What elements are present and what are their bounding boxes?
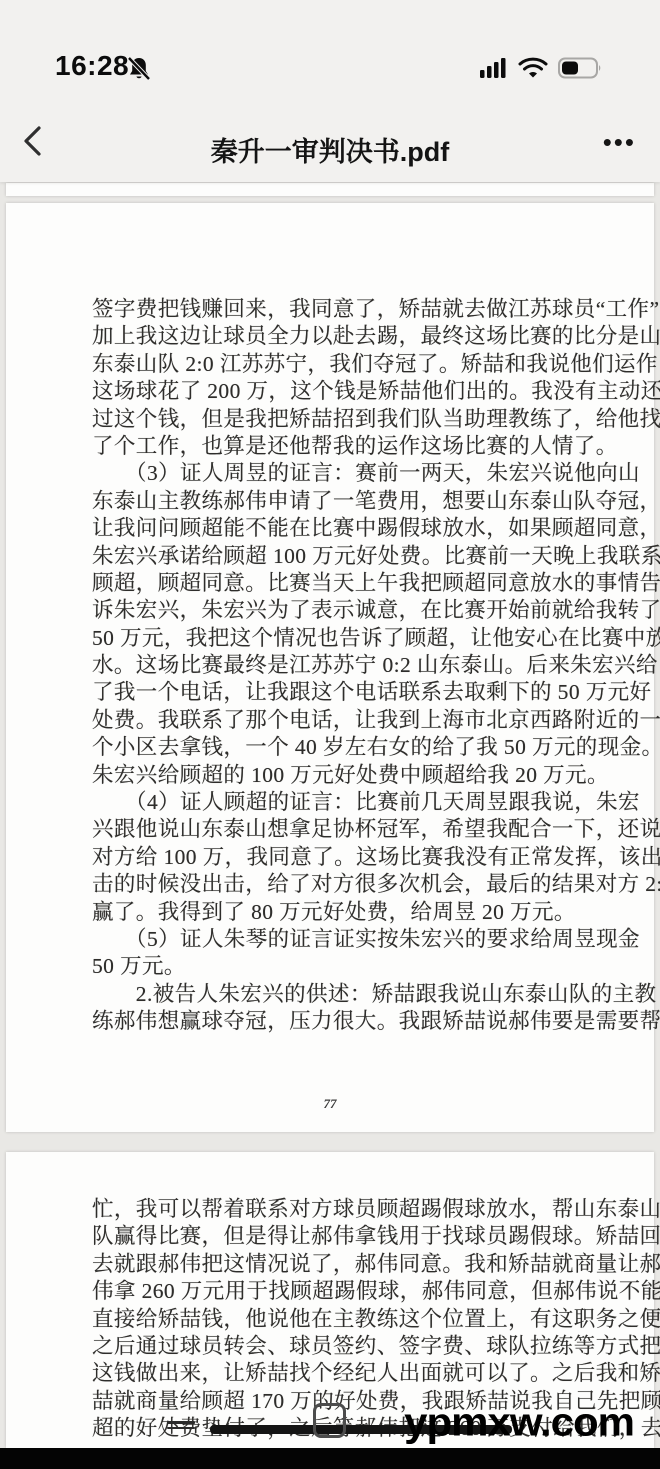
text-line: 朱宏兴给顾超的 100 万元好处费中顾超给我 20 万元。 — [92, 762, 592, 789]
text-line: 队赢得比赛，但是得让郝伟拿钱用于找球员踢假球。矫喆回 — [92, 1223, 592, 1250]
bottom-black-bar — [0, 1448, 660, 1469]
text-line: 了个工作，也算是还他帮我的运作这场比赛的人情了。 — [92, 433, 592, 460]
wifi-icon — [518, 57, 548, 79]
document-title: 秦升一审判决书.pdf — [110, 130, 550, 169]
text-line: 去就跟郝伟把这情况说了，郝伟同意。我和矫喆就商量让郝 — [92, 1251, 592, 1278]
text-line: 击的时候没出击，给了对方很多次机会，最后的结果对方 2:0 — [92, 871, 592, 898]
text-line: 个小区去拿钱，一个 40 岁左右女的给了我 50 万元的现金。 — [92, 734, 592, 761]
back-button[interactable] — [20, 124, 60, 168]
annotation-handle-rect — [313, 1403, 346, 1438]
text-line: 练郝伟想赢球夺冠，压力很大。我跟矫喆说郝伟要是需要帮 — [92, 1008, 592, 1035]
text-line: 东泰山主教练郝伟申请了一笔费用，想要山东泰山队夺冠， — [92, 488, 592, 515]
page-76-bottom-sliver — [6, 183, 654, 196]
text-line: 50 万元。 — [92, 953, 592, 980]
text-line: 伟拿 260 万元用于找顾超踢假球，郝伟同意，但郝伟说不能 — [92, 1278, 592, 1305]
text-line: 朱宏兴承诺给顾超 100 万元好处费。比赛前一天晚上我联系 — [92, 543, 592, 570]
text-line: （5）证人朱琴的证言证实按朱宏兴的要求给周昱现金 — [92, 926, 592, 953]
phone-screen: 16:28 — [0, 0, 660, 1469]
text-line: 这场球花了 200 万，这个钱是矫喆他们出的。我没有主动还 — [92, 378, 592, 405]
text-line: 让我问问顾超能不能在比赛中踢假球放水，如果顾超同意， — [92, 515, 592, 542]
mute-bell-icon — [125, 55, 153, 83]
text-line: 处费。我联系了那个电话，让我到上海市北京西路附近的一 — [92, 707, 592, 734]
status-time: 16:28 — [55, 50, 129, 82]
top-chrome: 16:28 — [0, 0, 660, 182]
text-line: （3）证人周昱的证言：赛前一两天，朱宏兴说他向山 — [92, 460, 592, 487]
page-77-text: 签字费把钱赚回来，我同意了，矫喆就去做江苏球员“工作”，加上我这边让球员全力以赴… — [92, 296, 592, 1036]
battery-icon — [558, 57, 602, 79]
text-line: 50 万元，我把这个情况也告诉了顾超，让他安心在比赛中放 — [92, 625, 592, 652]
text-line: 签字费把钱赚回来，我同意了，矫喆就去做江苏球员“工作”， — [92, 296, 592, 323]
text-line: 水。这场比赛最终是江苏苏宁 0:2 山东泰山。后来朱宏兴给 — [92, 652, 592, 679]
text-line: 过这个钱，但是我把矫喆招到我们队当助理教练了，给他找 — [92, 406, 592, 433]
text-line: 东泰山队 2:0 江苏苏宁，我们夺冠了。矫喆和我说他们运作 — [92, 351, 592, 378]
cellular-signal-icon — [480, 57, 508, 79]
text-line: 兴跟他说山东泰山想拿足协杯冠军，希望我配合一下，还说 — [92, 816, 592, 843]
text-line: 赢了。我得到了 80 万元好处费，给周昱 20 万元。 — [92, 899, 592, 926]
pdf-scroll-area[interactable]: 签字费把钱赚回来，我同意了，矫喆就去做江苏球员“工作”，加上我这边让球员全力以赴… — [0, 182, 660, 1469]
text-line: （4）证人顾超的证言：比赛前几天周昱跟我说，朱宏 — [92, 789, 592, 816]
page-number: 77 — [6, 1096, 654, 1112]
text-line: 顾超，顾超同意。比赛当天上午我把顾超同意放水的事情告 — [92, 570, 592, 597]
text-line: 诉朱宏兴，朱宏兴为了表示诚意，在比赛开始前就给我转了 — [92, 597, 592, 624]
text-line: 直接给矫喆钱，他说他在主教练这个位置上，有这职务之便， — [92, 1306, 592, 1333]
text-line: 忙，我可以帮着联系对方球员顾超踢假球放水，帮山东泰山 — [92, 1196, 592, 1223]
watermark-text: ypmxw.com — [404, 1402, 634, 1442]
pen-double-underline-annotation — [167, 1421, 195, 1430]
text-line: 对方给 100 万，我同意了。这场比赛我没有正常发挥，该出 — [92, 844, 592, 871]
text-line: 了我一个电话，让我跟这个电话联系去取剩下的 50 万元好 — [92, 679, 592, 706]
more-menu-button[interactable]: ••• — [588, 120, 636, 164]
status-icons — [480, 57, 602, 79]
text-line: 2.被告人朱宏兴的供述：矫喆跟我说山东泰山队的主教 — [92, 981, 592, 1008]
text-line: 加上我这边让球员全力以赴去踢，最终这场比赛的比分是山 — [92, 323, 592, 350]
pdf-page-77: 签字费把钱赚回来，我同意了，矫喆就去做江苏球员“工作”，加上我这边让球员全力以赴… — [6, 203, 654, 1132]
text-line: 这钱做出来，让矫喆找个经纪人出面就可以了。之后我和矫 — [92, 1360, 592, 1387]
text-line: 之后通过球员转会、球员签约、签字费、球队拉练等方式把 — [92, 1333, 592, 1360]
